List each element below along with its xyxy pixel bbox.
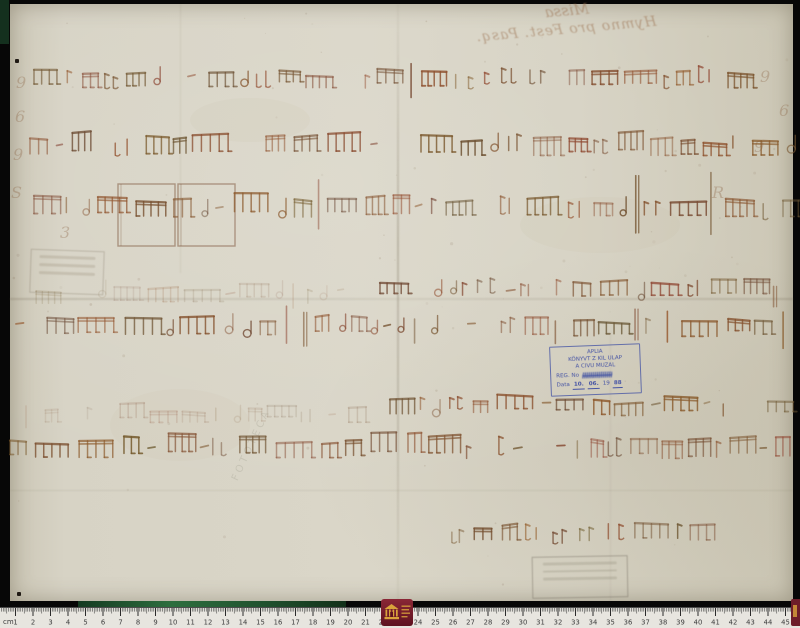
ruler-number: 14: [239, 619, 248, 627]
stamp-date-label: Data: [556, 382, 570, 390]
ruler-number: 34: [589, 619, 598, 627]
manuscript-page: [10, 4, 793, 601]
ruler-number: 12: [204, 619, 213, 627]
ruler-number: 16: [274, 619, 283, 627]
crossed-out-handwriting: [582, 372, 612, 379]
library-logo-graphic: [381, 599, 413, 626]
ruler-number: 2: [31, 619, 35, 627]
ruler-number: 33: [571, 619, 580, 627]
stamp-show-through: [29, 249, 104, 296]
scan-viewport: { "document": { "kind": "handwritten mus…: [0, 0, 800, 628]
ruler-number: 27: [466, 619, 475, 627]
ruler-number: 15: [256, 619, 265, 627]
ruler-number: 13: [221, 619, 230, 627]
stamp-reg-label: REG. No: [556, 372, 579, 380]
pencil-box-outline: [532, 555, 629, 599]
ruler-number: 1: [13, 619, 17, 627]
ruler-number: 19: [326, 619, 335, 627]
ruler-number: 24: [414, 619, 423, 627]
ruler-number: 17: [291, 619, 300, 627]
stamp-date-row: Data 10. 06. 19 88: [556, 379, 638, 391]
fold-crease-horizontal: [10, 298, 793, 300]
library-logo: [381, 599, 413, 626]
ruler-number: 8: [136, 619, 140, 627]
crease-minor: [180, 4, 181, 273]
ruler-number: 45: [781, 619, 790, 627]
filming-mark-dot: [15, 59, 19, 63]
ruler-number: 21: [361, 619, 370, 627]
ruler-number: 20: [344, 619, 353, 627]
ruler-number: 42: [729, 619, 738, 627]
stamp-year-prefix: 19: [603, 381, 610, 389]
ruler-number: 10: [169, 619, 178, 627]
fold-crease-horizontal-faint: [10, 490, 793, 491]
ruler-number: 28: [484, 619, 493, 627]
ruler-number: 44: [764, 619, 773, 627]
ruler-number: 26: [449, 619, 458, 627]
filming-mark-dot: [17, 592, 21, 596]
ruler-number: 3: [48, 619, 52, 627]
ruler-number: 18: [309, 619, 318, 627]
ruler-number: 7: [118, 619, 122, 627]
library-logo-cropped: [791, 599, 800, 626]
stamp-border: APLIA KÖNYVT Z KIL ULAP A CIVU MUZAL REG…: [549, 343, 642, 396]
ruler-number: 32: [554, 619, 563, 627]
stamp-date-day: 10.: [573, 381, 585, 390]
library-registration-stamp: APLIA KÖNYVT Z KIL ULAP A CIVU MUZAL REG…: [549, 343, 642, 396]
ruler-number: 43: [746, 619, 755, 627]
ruler-number: 36: [624, 619, 633, 627]
ruler-number: 35: [606, 619, 615, 627]
ruler-number: 4: [66, 619, 70, 627]
ruler-number: 5: [83, 619, 87, 627]
stamp-date-month: 06.: [588, 380, 600, 389]
ruler-number: 31: [536, 619, 545, 627]
ruler-number: 25: [431, 619, 440, 627]
stamp-date-year: 88: [613, 380, 623, 389]
ruler-number: 6: [101, 619, 105, 627]
ruler-number: 39: [676, 619, 685, 627]
ruler-number: 9: [153, 619, 157, 627]
ruler-number: 37: [641, 619, 650, 627]
ruler-number: 30: [519, 619, 528, 627]
scanner-felt-edge: [0, 0, 9, 44]
ruler-number: 41: [711, 619, 720, 627]
ruler-unit-label: cm: [3, 618, 14, 626]
ruler-number: 29: [501, 619, 510, 627]
ruler-number: 38: [659, 619, 668, 627]
fold-crease-vertical: [397, 4, 399, 601]
ruler-number: 40: [694, 619, 703, 627]
ruler-number: 11: [186, 619, 195, 627]
